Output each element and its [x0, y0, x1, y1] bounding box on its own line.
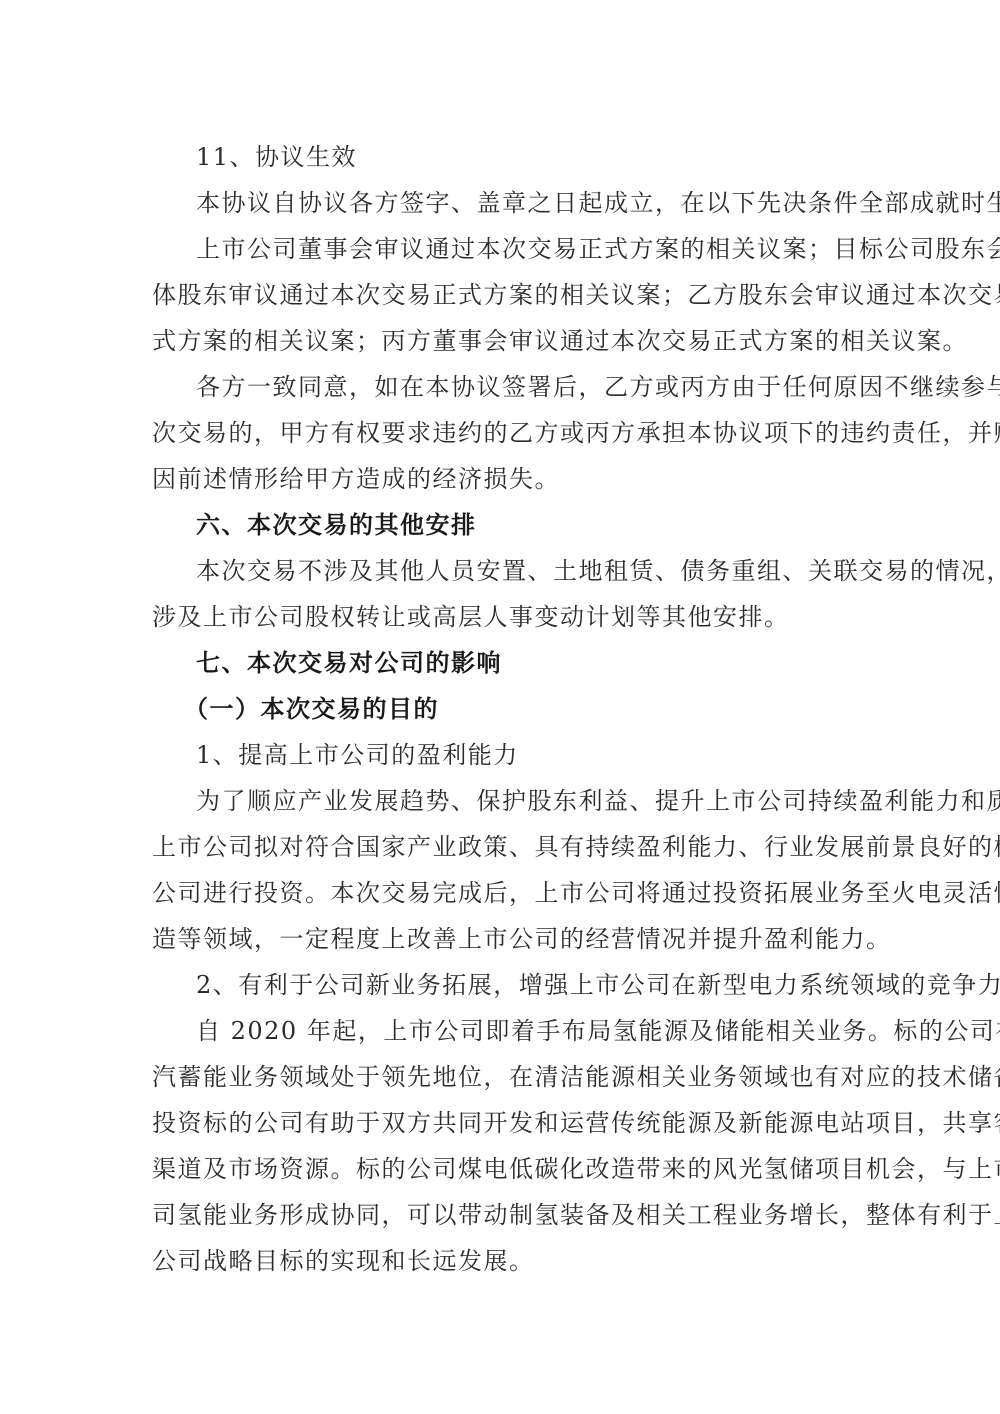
item-title-profitability: 1、提高上市公司的盈利能力	[152, 732, 852, 778]
paragraph-line: 上市公司拟对符合国家产业政策、具有持续盈利能力、行业发展前景良好的标的	[152, 824, 852, 870]
document-page: 11、协议生效 本协议自协议各方签字、盖章之日起成立，在以下先决条件全部成就时生…	[152, 134, 852, 1284]
paragraph-line: 因前述情形给甲方造成的经济损失。	[152, 456, 852, 502]
paragraph-profitability: 为了顺应产业发展趋势、保护股东利益、提升上市公司持续盈利能力和质量， 上市公司拟…	[152, 778, 852, 962]
paragraph-line: 渠道及市场资源。标的公司煤电低碳化改造带来的风光氢储项目机会，与上市公	[152, 1146, 852, 1192]
paragraph-line: 各方一致同意，如在本协议签署后，乙方或丙方由于任何原因不继续参与本	[152, 364, 852, 410]
paragraph-line: 公司进行投资。本次交易完成后，上市公司将通过投资拓展业务至火电灵活性改	[152, 870, 852, 916]
paragraph-breach-liability: 各方一致同意，如在本协议签署后，乙方或丙方由于任何原因不继续参与本 次交易的，甲…	[152, 364, 852, 502]
paragraph-line: 公司战略目标的实现和长远发展。	[152, 1238, 852, 1284]
paragraph-line: 造等领域，一定程度上改善上市公司的经营情况并提升盈利能力。	[152, 916, 852, 962]
section-heading-other-arrangements: 六、本次交易的其他安排	[152, 502, 852, 548]
subsection-heading-transaction-purpose: （一）本次交易的目的	[152, 686, 852, 732]
paragraph-line: 涉及上市公司股权转让或高层人事变动计划等其他安排。	[152, 594, 852, 640]
paragraph-line: 上市公司董事会审议通过本次交易正式方案的相关议案；目标公司股东会全	[152, 226, 852, 272]
paragraph-line: 司氢能业务形成协同，可以带动制氢装备及相关工程业务增长，整体有利于上市	[152, 1192, 852, 1238]
paragraph-establishment-conditions: 本协议自协议各方签字、盖章之日起成立，在以下先决条件全部成就时生效：	[152, 180, 852, 226]
paragraph-line: 为了顺应产业发展趋势、保护股东利益、提升上市公司持续盈利能力和质量，	[152, 778, 852, 824]
section-heading-impact-on-company: 七、本次交易对公司的影响	[152, 640, 852, 686]
paragraph-new-business-expansion: 自 2020 年起，上市公司即着手布局氢能源及储能相关业务。标的公司在抽 汽蓄能…	[152, 1008, 852, 1284]
item-title-new-business-expansion: 2、有利于公司新业务拓展，增强上市公司在新型电力系统领域的竞争力	[152, 962, 852, 1008]
paragraph-line: 本协议自协议各方签字、盖章之日起成立，在以下先决条件全部成就时生效：	[152, 180, 852, 226]
paragraph-other-arrangements: 本次交易不涉及其他人员安置、土地租赁、债务重组、关联交易的情况，不 涉及上市公司…	[152, 548, 852, 640]
paragraph-line: 式方案的相关议案；丙方董事会审议通过本次交易正式方案的相关议案。	[152, 318, 852, 364]
paragraph-line: 体股东审议通过本次交易正式方案的相关议案；乙方股东会审议通过本次交易正	[152, 272, 852, 318]
paragraph-line: 自 2020 年起，上市公司即着手布局氢能源及储能相关业务。标的公司在抽	[152, 1008, 852, 1054]
paragraph-approval-conditions: 上市公司董事会审议通过本次交易正式方案的相关议案；目标公司股东会全 体股东审议通…	[152, 226, 852, 364]
paragraph-line: 本次交易不涉及其他人员安置、土地租赁、债务重组、关联交易的情况，不	[152, 548, 852, 594]
paragraph-line: 汽蓄能业务领域处于领先地位，在清洁能源相关业务领域也有对应的技术储备，	[152, 1054, 852, 1100]
paragraph-line: 投资标的公司有助于双方共同开发和运营传统能源及新能源电站项目，共享客户	[152, 1100, 852, 1146]
paragraph-line: 次交易的，甲方有权要求违约的乙方或丙方承担本协议项下的违约责任，并赔偿	[152, 410, 852, 456]
item-title-agreement-effectiveness: 11、协议生效	[152, 134, 852, 180]
